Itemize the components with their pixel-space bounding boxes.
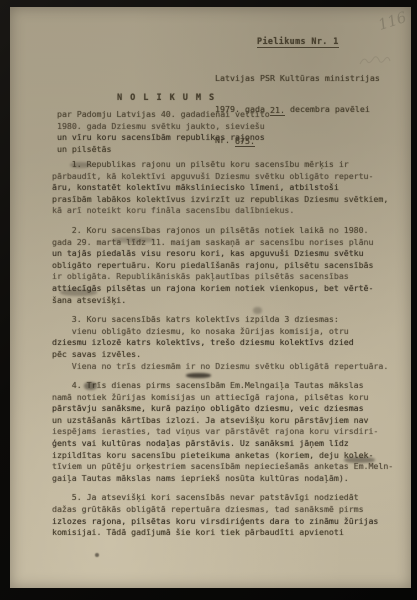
text-line: pārstāvju sanāksme, kurā paziņo obligāto… [52,403,408,415]
ink-smudge [112,237,155,243]
text-line: un uzstāšanās kārtības izlozi. Ja atsevi… [52,415,408,427]
text-line: iespējams ierasties, tad viņus var pārst… [52,426,408,438]
text-line: attiecīgās pilsētas un rajona koriem not… [52,283,408,295]
ink-smudge [84,382,97,390]
text-line: 3. Koru sacensībās katrs kolektīvs izpil… [52,314,408,326]
ministry-name: Latvijas PSR Kultūras ministrijas [215,73,380,83]
body-text: 1. Republikas rajonu un pilsētu koru sac… [52,159,408,547]
ink-smudge [60,289,97,296]
order-day: 21. [270,105,285,116]
ink-smudge [253,307,262,314]
subtitle-line: un vīru koru sacensībām republikas rajon… [57,132,270,144]
document-subtitle: par Padomju Latvijas 40. gadadienai velt… [57,109,270,155]
paragraph: 1. Republikas rajonu un pilsētu koru sac… [52,159,408,217]
text-line: pēc savas izvēles. [52,349,408,361]
document-title: N O L I K U M S [117,93,216,103]
paragraph: 2. Koru sacensības rajonos un pilsētās n… [52,225,408,306]
subtitle-line: un pilsētās [57,144,270,156]
paragraph: 3. Koru sacensībās katrs kolektīvs izpil… [52,314,408,372]
text-line: 4. Trīs dienas pirms sacensībām Em.Melng… [52,380,408,392]
pencil-scribble [358,53,392,69]
text-line: namā notiek žūrijas komisijas un attiecī… [52,392,408,404]
text-line: gaiļa Tautas mākslas nams iepriekš nosūt… [52,473,408,485]
ink-smudge [186,373,211,378]
appendix-label: Pielikums Nr. 1 [257,36,339,48]
text-line: ir obligāta. Republikāniskās pakļautības… [52,271,408,283]
text-line: 5. Ja atsevišķi kori sacensībās nevar pa… [52,492,408,504]
paragraph: 4. Trīs dienas pirms sacensībām Em.Melng… [52,380,408,484]
text-line: komisijai. Tādā gadījumā šie kori tiek p… [52,527,408,539]
paragraph: 5. Ja atsevišķi kori sacensībās nevar pa… [52,492,408,538]
document-page: 116 Pielikums Nr. 1 Latvijas PSR Kultūra… [10,7,411,588]
ink-speck [95,553,99,557]
text-line: prasībām labākos kolektīvus izvirzīt uz … [52,194,408,206]
ink-smudge [344,457,375,463]
text-line: kā arī noteikt koru fināla sacensību dal… [52,205,408,217]
photo-frame: 116 Pielikums Nr. 1 Latvijas PSR Kultūra… [0,0,417,600]
text-line: tīviem un pūtēju orķestriem sacensībām n… [52,461,408,473]
text-line: 2. Koru sacensības rajonos un pilsētās n… [52,225,408,237]
text-line: dziesmu izlozē katrs kolektīvs, trešo dz… [52,337,408,349]
text-line: Viena no trīs dziesmām ir no Dziesmu svē… [52,361,408,373]
ink-smudge [70,162,91,168]
text-line: obligāto repertuāru. Koru piedalīšanās r… [52,260,408,272]
order-date-suffix: decembra pavēlei [285,104,370,114]
text-line: 1. Republikas rajonu un pilsētu koru sac… [52,159,408,171]
text-line: šana atsevišķi. [52,295,408,307]
text-line: izlozes rajona, pilsētas koru virsdiriģe… [52,516,408,528]
text-line: ģents vai kultūras nodaļas pārstāvis. Uz… [52,438,408,450]
text-line: dažas grūtākās obligātā repertuāra dzies… [52,504,408,516]
subtitle-line: par Padomju Latvijas 40. gadadienai velt… [57,109,270,121]
text-line: un tajās piedalās visu resoru kori, kas … [52,248,408,260]
subtitle-line: 1980. gada Dziesmu svētku jaukto, sievie… [57,121,270,133]
text-line: āru, konstatēt kolektīvu māksliniecisko … [52,182,408,194]
handwritten-page-number: 116 [376,8,409,34]
text-line: pārbaudīt, kā kolektīvi apguvuši Dziesmu… [52,171,408,183]
text-line: gada 29. marta līdz 11. maijam saskaņā a… [52,237,408,249]
text-line: vienu obligāto dziesmu, ko nosaka žūrija… [52,326,408,338]
